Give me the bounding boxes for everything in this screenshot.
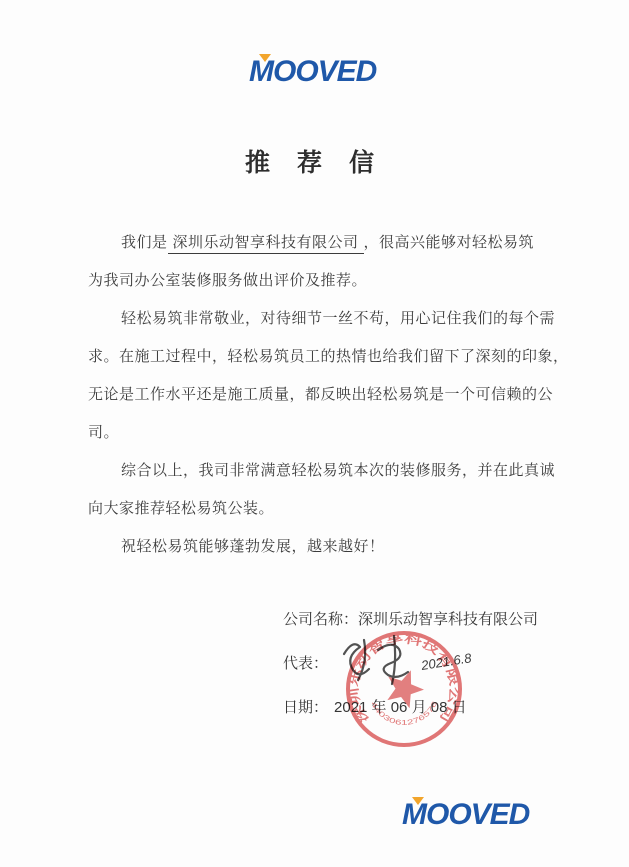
letter-body: 我们是深圳乐动智享科技有限公司，很高兴能够对轻松易筑为我司办公室装修服务做出评价… — [88, 224, 566, 566]
letter-text-segment: 祝轻松易筑能够蓬勃发展，越来越好！ — [121, 538, 385, 555]
letter-text-segment: 综合以上，我司非常满意轻松易筑本次的装修服务，并在此真诚 — [121, 462, 555, 479]
seal-serial-number: 4403061276576 — [369, 700, 439, 727]
handwritten-date-note: 2021.6.8 — [419, 650, 473, 673]
letter-line: 求。在施工过程中，轻松易筑员工的热情也给我们留下了深刻的印象， — [88, 338, 566, 376]
letter-text-segment: ，很高兴能够对轻松易筑 — [364, 234, 535, 251]
representative-label: 代表： — [283, 655, 328, 672]
logo-accent-triangle-icon — [412, 797, 424, 805]
letter-text-segment: 为我司办公室装修服务做出评价及推荐。 — [88, 272, 367, 289]
letter-text-segment: 无论是工作水平还是施工质量，都反映出轻松易筑是一个可信赖的公 — [88, 386, 553, 403]
letter-line: 无论是工作水平还是施工质量，都反映出轻松易筑是一个可信赖的公 — [88, 376, 566, 414]
letter-line: 轻松易筑非常敬业，对待细节一丝不苟，用心记住我们的每个需 — [88, 300, 566, 338]
letter-text-segment: 求。在施工过程中，轻松易筑员工的热情也给我们留下了深刻的印象， — [88, 348, 569, 365]
letter-text-segment: 我们是 — [121, 234, 168, 251]
handwritten-signature: 2021.6.8 — [330, 626, 490, 698]
company-name-underlined: 深圳乐动智享科技有限公司 — [168, 234, 364, 254]
logo-accent-triangle-icon — [259, 54, 271, 62]
letter-text-segment: 向大家推荐轻松易筑公装。 — [88, 500, 274, 517]
letter-line: 我们是深圳乐动智享科技有限公司，很高兴能够对轻松易筑 — [88, 224, 566, 262]
letter-text-segment: 轻松易筑非常敬业，对待细节一丝不苟，用心记住我们的每个需 — [121, 310, 555, 327]
letter-line: 司。 — [88, 414, 566, 452]
letter-page: MOOVED 推 荐 信 我们是深圳乐动智享科技有限公司，很高兴能够对轻松易筑为… — [0, 0, 629, 867]
letter-line: 为我司办公室装修服务做出评价及推荐。 — [88, 262, 566, 300]
letter-line: 综合以上，我司非常满意轻松易筑本次的装修服务，并在此真诚 — [88, 452, 566, 490]
letter-text-segment: 司。 — [88, 424, 119, 441]
mooved-logo-bottom: MOOVED — [402, 798, 529, 832]
mooved-logo-top: MOOVED — [249, 55, 376, 89]
letter-line: 向大家推荐轻松易筑公装。 — [88, 490, 566, 528]
date-label: 日期： — [283, 699, 328, 716]
letter-line: 祝轻松易筑能够蓬勃发展，越来越好！ — [88, 528, 566, 566]
letter-title: 推 荐 信 — [0, 143, 629, 179]
